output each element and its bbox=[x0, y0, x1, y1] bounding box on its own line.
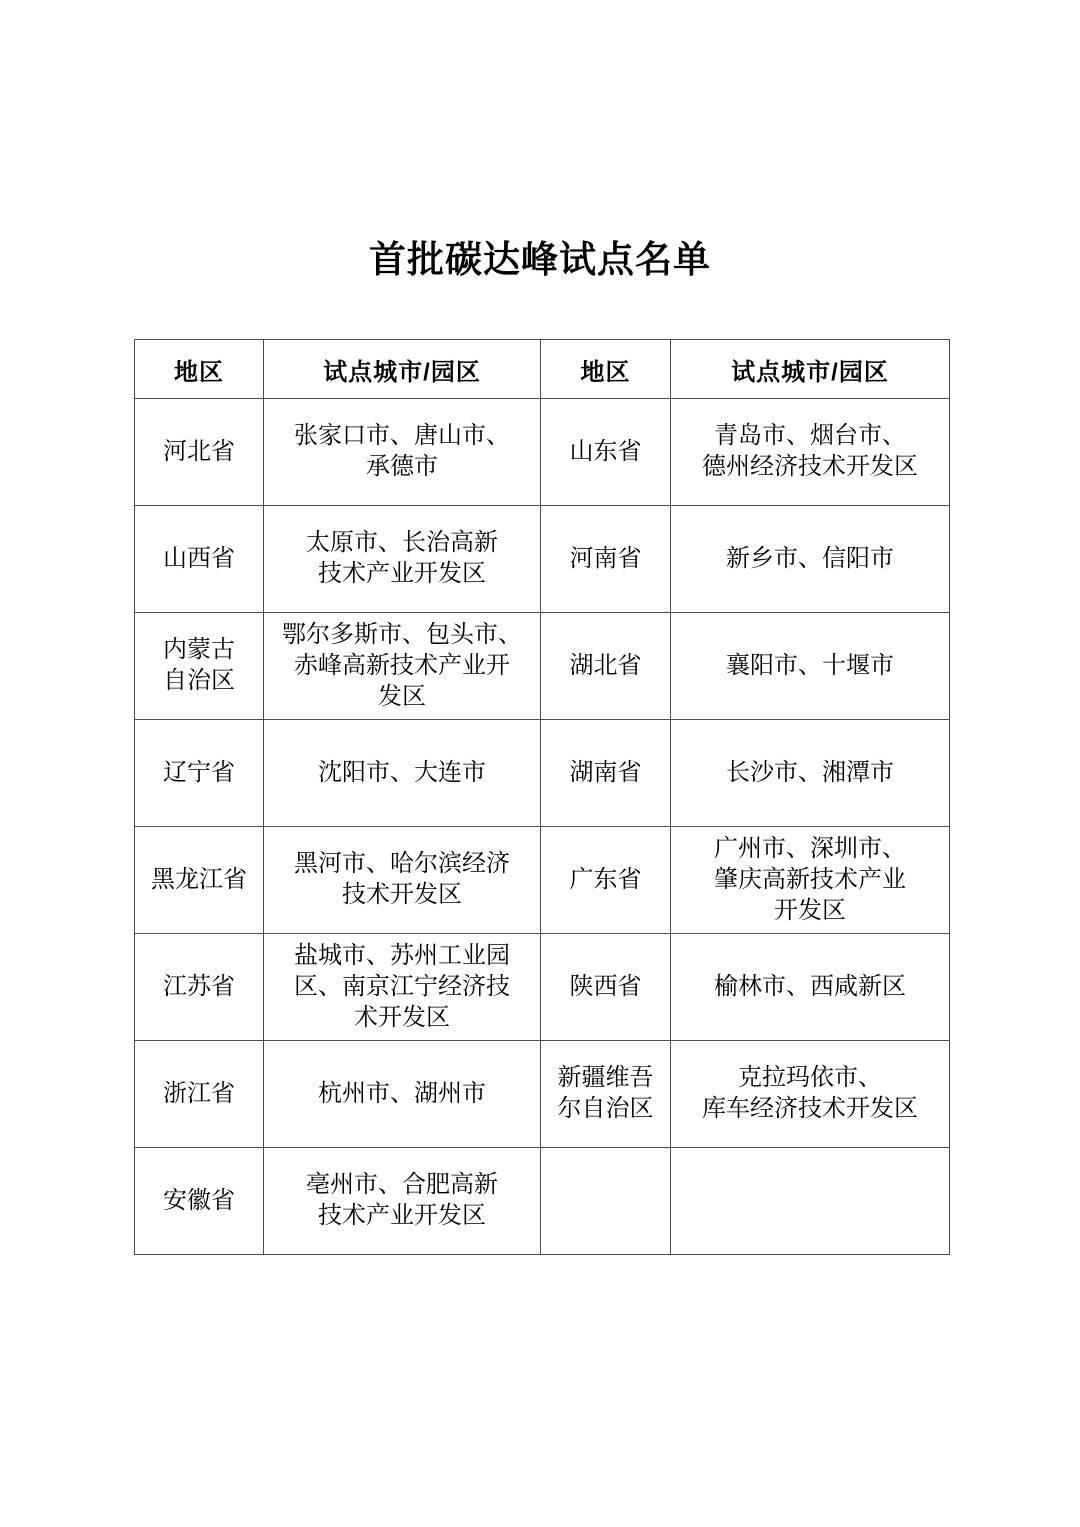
region-cell: 河南省 bbox=[541, 506, 671, 613]
cities-cell: 广州市、深圳市、 肇庆高新技术产业 开发区 bbox=[671, 827, 950, 934]
cities-cell: 襄阳市、十堰市 bbox=[671, 613, 950, 720]
table-row: 浙江省 杭州市、湖州市 新疆维吾 尔自治区 克拉玛依市、 库车经济技术开发区 bbox=[135, 1041, 950, 1148]
region-cell: 江苏省 bbox=[135, 934, 264, 1041]
table-row: 黑龙江省 黑河市、哈尔滨经济 技术开发区 广东省 广州市、深圳市、 肇庆高新技术… bbox=[135, 827, 950, 934]
cities-cell: 克拉玛依市、 库车经济技术开发区 bbox=[671, 1041, 950, 1148]
cities-cell: 鄂尔多斯市、包头市、 赤峰高新技术产业开 发区 bbox=[264, 613, 541, 720]
region-cell: 河北省 bbox=[135, 399, 264, 506]
header-cell-cities-left: 试点城市/园区 bbox=[264, 340, 541, 399]
region-cell: 广东省 bbox=[541, 827, 671, 934]
pilot-list-table: 地区 试点城市/园区 地区 试点城市/园区 河北省 张家口市、唐山市、 承德市 … bbox=[134, 339, 950, 1255]
cities-cell: 长沙市、湘潭市 bbox=[671, 720, 950, 827]
page: { "doc": { "title": "首批碳达峰试点名单" }, "tabl… bbox=[0, 0, 1080, 1527]
cities-cell: 沈阳市、大连市 bbox=[264, 720, 541, 827]
region-cell: 陕西省 bbox=[541, 934, 671, 1041]
region-cell: 黑龙江省 bbox=[135, 827, 264, 934]
table-header-row: 地区 试点城市/园区 地区 试点城市/园区 bbox=[135, 340, 950, 399]
region-cell: 辽宁省 bbox=[135, 720, 264, 827]
cities-cell: 黑河市、哈尔滨经济 技术开发区 bbox=[264, 827, 541, 934]
region-cell bbox=[541, 1148, 671, 1255]
cities-cell: 亳州市、合肥高新 技术产业开发区 bbox=[264, 1148, 541, 1255]
cities-cell bbox=[671, 1148, 950, 1255]
region-cell: 湖北省 bbox=[541, 613, 671, 720]
table-row: 安徽省 亳州市、合肥高新 技术产业开发区 bbox=[135, 1148, 950, 1255]
document-title: 首批碳达峰试点名单 bbox=[0, 236, 1080, 286]
cities-cell: 太原市、长治高新 技术产业开发区 bbox=[264, 506, 541, 613]
header-cell-region-right: 地区 bbox=[541, 340, 671, 399]
table-row: 山西省 太原市、长治高新 技术产业开发区 河南省 新乡市、信阳市 bbox=[135, 506, 950, 613]
region-cell: 山西省 bbox=[135, 506, 264, 613]
header-cell-cities-right: 试点城市/园区 bbox=[671, 340, 950, 399]
region-cell: 内蒙古 自治区 bbox=[135, 613, 264, 720]
header-cell-region-left: 地区 bbox=[135, 340, 264, 399]
region-cell: 安徽省 bbox=[135, 1148, 264, 1255]
cities-cell: 新乡市、信阳市 bbox=[671, 506, 950, 613]
region-cell: 山东省 bbox=[541, 399, 671, 506]
cities-cell: 杭州市、湖州市 bbox=[264, 1041, 541, 1148]
cities-cell: 青岛市、烟台市、 德州经济技术开发区 bbox=[671, 399, 950, 506]
table-row: 内蒙古 自治区 鄂尔多斯市、包头市、 赤峰高新技术产业开 发区 湖北省 襄阳市、… bbox=[135, 613, 950, 720]
table-row: 河北省 张家口市、唐山市、 承德市 山东省 青岛市、烟台市、 德州经济技术开发区 bbox=[135, 399, 950, 506]
region-cell: 新疆维吾 尔自治区 bbox=[541, 1041, 671, 1148]
region-cell: 浙江省 bbox=[135, 1041, 264, 1148]
table-row: 辽宁省 沈阳市、大连市 湖南省 长沙市、湘潭市 bbox=[135, 720, 950, 827]
cities-cell: 盐城市、苏州工业园 区、南京江宁经济技 术开发区 bbox=[264, 934, 541, 1041]
cities-cell: 张家口市、唐山市、 承德市 bbox=[264, 399, 541, 506]
table-row: 江苏省 盐城市、苏州工业园 区、南京江宁经济技 术开发区 陕西省 榆林市、西咸新… bbox=[135, 934, 950, 1041]
cities-cell: 榆林市、西咸新区 bbox=[671, 934, 950, 1041]
region-cell: 湖南省 bbox=[541, 720, 671, 827]
